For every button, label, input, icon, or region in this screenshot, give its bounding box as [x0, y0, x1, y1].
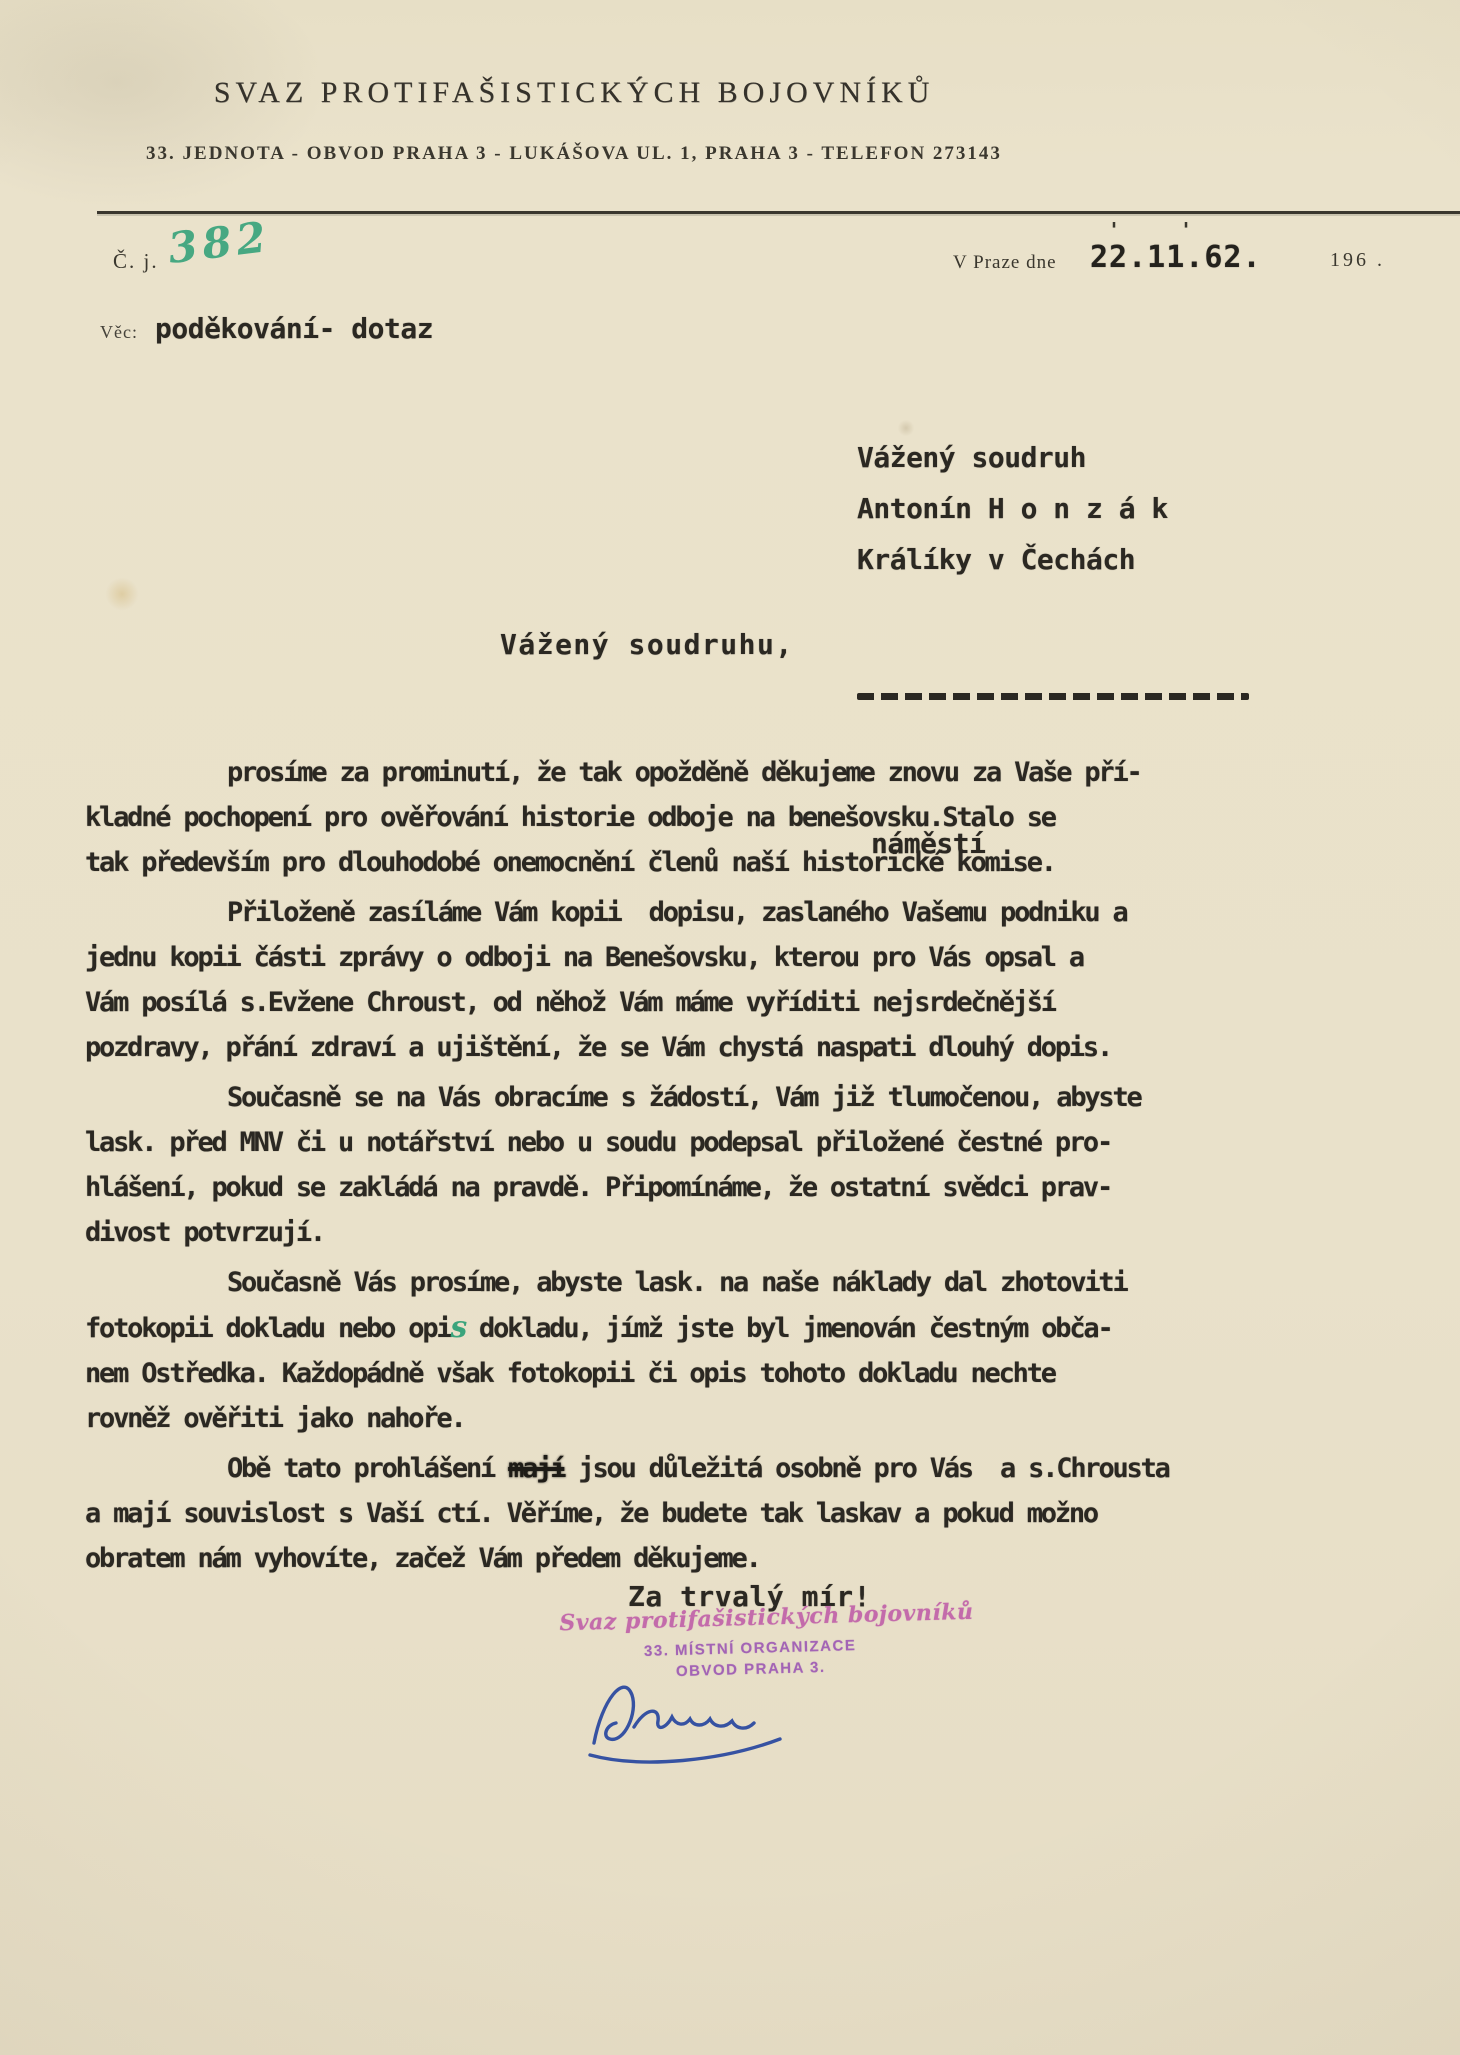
signature-scribble [572, 1655, 802, 1785]
body-line: Přiloženě zasíláme Vám kopii dopisu, zas… [85, 890, 1145, 935]
salutation: Vážený soudruhu, [500, 628, 794, 661]
body-line: jednu kopii části zprávy o odboji na Ben… [85, 935, 1145, 980]
place-date-label: V Praze dne [953, 252, 1057, 274]
body-line: tak především pro dlouhodobé onemocnění … [85, 840, 1145, 885]
text-segment: nem Ostředka. Každopádně však fotokopii … [85, 1358, 1055, 1389]
text-segment: prosíme za prominutí, že tak opožděně dě… [227, 757, 1141, 788]
body-line: Současně se na Vás obracíme s žádostí, V… [85, 1075, 1145, 1120]
text-segment: jsou důležitá osobně pro Vás a s.Chroust… [564, 1453, 1168, 1484]
scanned-letter-page: SVAZ PROTIFAŠISTICKÝCH BOJOVNÍKŮ 33. JED… [0, 0, 1460, 2055]
body-line: kladné pochopení pro ověřování historie … [85, 795, 1145, 840]
recipient-line: Králíky v Čechách [857, 534, 1249, 585]
printed-year-stub: 196 . [1330, 249, 1385, 272]
body-line: rovněž ověřiti jako nahoře. [85, 1396, 1145, 1441]
text-segment: tak především pro dlouhodobé onemocnění … [85, 847, 1055, 878]
body-lines: prosíme za prominutí, že tak opožděně dě… [85, 745, 1145, 1581]
text-segment: Přiloženě zasíláme Vám kopii dopisu, zas… [227, 897, 1127, 928]
body-line: hlášení, pokud se zakládá na pravdě. Při… [85, 1165, 1145, 1210]
letterhead-rule [97, 211, 1460, 214]
text-segment: hlášení, pokud se zakládá na pravdě. Při… [85, 1172, 1111, 1203]
body-line: pozdravy, přání zdraví a ujištění, že se… [85, 1025, 1145, 1070]
typewriter-tick-marks: '' [1108, 218, 1252, 242]
subject-text: poděkování- dotaz [155, 312, 433, 345]
letterhead-subtitle: 33. JEDNOTA - OBVOD PRAHA 3 - LUKÁŠOVA U… [0, 143, 1148, 165]
text-segment: pozdravy, přání zdraví a ujištění, že se… [85, 1032, 1111, 1063]
body-line: divost potvrzují. [85, 1210, 1145, 1255]
text-segment: rovněž ověřiti jako nahoře. [85, 1403, 465, 1434]
letterhead-title: SVAZ PROTIFAŠISTICKÝCH BOJOVNÍKŮ [0, 76, 1148, 110]
body-line: fotokopii dokladu nebo opis dokladu, jím… [85, 1305, 1145, 1351]
recipient-line: Vážený soudruh [857, 432, 1249, 483]
body-line: Vám posílá s.Evžene Chroust, od něhož Vá… [85, 980, 1145, 1025]
green-text: s [450, 1310, 465, 1345]
text-segment: Obě tato prohlášení [227, 1453, 508, 1484]
text-segment: lask. před MNV či u notářství nebo u sou… [85, 1127, 1111, 1158]
subject-label: Věc: [100, 322, 138, 343]
text-segment: Současně Vás prosíme, abyste lask. na na… [227, 1267, 1127, 1298]
dashed-underline [857, 693, 1249, 700]
body-line: Současně Vás prosíme, abyste lask. na na… [85, 1260, 1145, 1305]
body-line: prosíme za prominutí, že tak opožděně dě… [85, 750, 1145, 795]
stamp-line-1: Svaz protifašistických bojovníků [559, 1600, 940, 1637]
body-line: nem Ostředka. Každopádně však fotokopii … [85, 1351, 1145, 1396]
text-segment: Současně se na Vás obracíme s žádostí, V… [227, 1082, 1141, 1113]
strike-text: mají [508, 1453, 564, 1484]
recipient-line: Antonín H o n z á k [857, 483, 1249, 534]
text-segment: jednu kopii části zprávy o odboji na Ben… [85, 942, 1083, 973]
reference-number-handwritten: 382 [165, 212, 273, 273]
text-segment: kladné pochopení pro ověřování historie … [85, 802, 1055, 833]
text-segment: a mají souvislost s Vaší ctí. Věříme, že… [85, 1498, 1097, 1529]
text-segment: fotokopii dokladu nebo opi [85, 1313, 450, 1344]
text-segment: obratem nám vyhovíte, začež Vám předem d… [85, 1543, 760, 1574]
body-line: a mají souvislost s Vaší ctí. Věříme, že… [85, 1491, 1145, 1536]
body-line: obratem nám vyhovíte, začež Vám předem d… [85, 1536, 1145, 1581]
text-segment: divost potvrzují. [85, 1217, 324, 1248]
text-segment: dokladu, jímž jste byl jmenován čestným … [465, 1313, 1112, 1344]
text-segment: Vám posílá s.Evžene Chroust, od něhož Vá… [85, 987, 1055, 1018]
typed-date: 22.11.62. [1090, 240, 1262, 275]
reference-number-label: Č. j. [113, 249, 159, 274]
body-line: lask. před MNV či u notářství nebo u sou… [85, 1120, 1145, 1165]
body-line: Obě tato prohlášení mají jsou důležitá o… [85, 1446, 1145, 1491]
recipient-lines: Vážený soudruhAntonín H o n z á kKrálíky… [857, 432, 1249, 585]
